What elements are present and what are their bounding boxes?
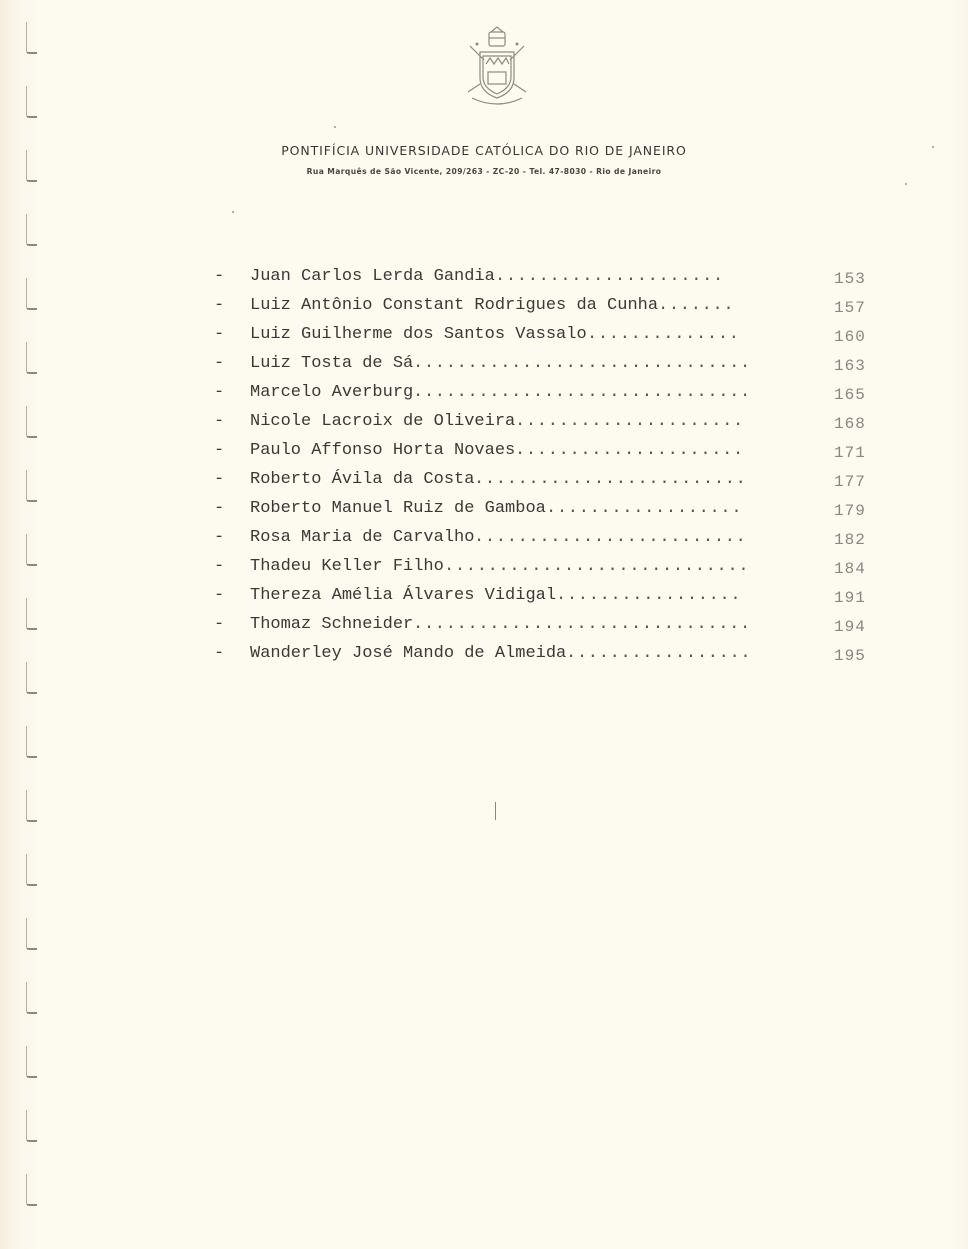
dot-leader: ............................... xyxy=(413,383,810,402)
dot-leader: .............. xyxy=(587,325,810,344)
toc-entry: -Rosa Maria de Carvalho ................… xyxy=(210,525,880,554)
page-number: 179 xyxy=(834,502,866,520)
entry-name: Paulo Affonso Horta Novaes xyxy=(250,441,515,460)
entry-dash: - xyxy=(214,644,224,663)
binding-hole xyxy=(26,1110,37,1142)
page-number: 157 xyxy=(834,299,866,317)
binding-hole xyxy=(26,790,37,822)
dot-leader: ............................... xyxy=(413,615,810,634)
entry-name: Thereza Amélia Álvares Vidigal xyxy=(250,586,556,605)
page-number: 182 xyxy=(834,531,866,549)
dot-leader: ............................ xyxy=(444,557,810,576)
binding-hole xyxy=(26,278,37,310)
binding-hole xyxy=(26,726,37,758)
entry-dash: - xyxy=(214,412,224,431)
page-number: 184 xyxy=(834,560,866,578)
toc-entry: -Thereza Amélia Álvares Vidigal ........… xyxy=(210,583,880,612)
binding-hole xyxy=(26,918,37,950)
toc-entry: -Nicole Lacroix de Oliveira ............… xyxy=(210,409,880,438)
toc-entry: -Wanderley José Mando de Almeida .......… xyxy=(210,641,880,670)
dot-leader: ..................... xyxy=(515,441,810,460)
dot-leader: ............................... xyxy=(413,354,810,373)
toc-entry: -Thadeu Keller Filho ...................… xyxy=(210,554,880,583)
page-number: 153 xyxy=(834,270,866,288)
table-of-contents: -Juan Carlos Lerda Gandia ..............… xyxy=(210,264,880,670)
entry-dash: - xyxy=(214,470,224,489)
dot-leader: .................. xyxy=(546,499,810,518)
toc-entry: -Luiz Antônio Constant Rodrigues da Cunh… xyxy=(210,293,880,322)
paper-speck xyxy=(905,183,907,185)
dot-leader: ......................... xyxy=(474,528,810,547)
page-number: 171 xyxy=(834,444,866,462)
toc-entry: -Roberto Manuel Ruiz de Gamboa .........… xyxy=(210,496,880,525)
binding-hole xyxy=(26,1174,37,1206)
page-number: 163 xyxy=(834,357,866,375)
entry-dash: - xyxy=(214,267,224,286)
toc-entry: -Juan Carlos Lerda Gandia ..............… xyxy=(210,264,880,293)
binding-hole xyxy=(26,22,37,54)
page-number: 177 xyxy=(834,473,866,491)
institution-name: PONTIFÍCIA UNIVERSIDADE CATÓLICA DO RIO … xyxy=(0,143,968,158)
entry-dash: - xyxy=(214,499,224,518)
entry-dash: - xyxy=(214,441,224,460)
toc-entry: -Paulo Affonso Horta Novaes ............… xyxy=(210,438,880,467)
entry-name: Juan Carlos Lerda Gandia xyxy=(250,267,495,286)
entry-name: Rosa Maria de Carvalho xyxy=(250,528,474,547)
dot-leader: ..................... xyxy=(515,412,810,431)
entry-dash: - xyxy=(214,557,224,576)
university-coat-of-arms-icon xyxy=(464,26,530,110)
entry-name: Thadeu Keller Filho xyxy=(250,557,444,576)
paper-speck xyxy=(334,126,336,128)
dot-leader: ................. xyxy=(556,586,810,605)
toc-entry: -Roberto Ávila da Costa ................… xyxy=(210,467,880,496)
toc-entry: -Luiz Tosta de Sá ......................… xyxy=(210,351,880,380)
binding-hole xyxy=(26,86,37,118)
entry-name: Luiz Antônio Constant Rodrigues da Cunha xyxy=(250,296,658,315)
binding-hole xyxy=(26,470,37,502)
entry-name: Marcelo Averburg xyxy=(250,383,413,402)
entry-dash: - xyxy=(214,296,224,315)
entry-dash: - xyxy=(214,325,224,344)
institution-address: Rua Marquês de São Vicente, 209/263 - ZC… xyxy=(0,167,968,176)
binding-hole xyxy=(26,534,37,566)
entry-name: Luiz Guilherme dos Santos Vassalo xyxy=(250,325,587,344)
entry-dash: - xyxy=(214,383,224,402)
stray-pencil-mark xyxy=(495,802,496,820)
entry-name: Nicole Lacroix de Oliveira xyxy=(250,412,515,431)
binding-hole xyxy=(26,342,37,374)
entry-dash: - xyxy=(214,615,224,634)
binding-hole xyxy=(26,1046,37,1078)
page-number: 160 xyxy=(834,328,866,346)
toc-entry: -Marcelo Averburg ......................… xyxy=(210,380,880,409)
binding-hole xyxy=(26,854,37,886)
dot-leader: ....... xyxy=(658,296,810,315)
entry-name: Roberto Ávila da Costa xyxy=(250,470,474,489)
entry-name: Luiz Tosta de Sá xyxy=(250,354,413,373)
entry-dash: - xyxy=(214,586,224,605)
entry-name: Roberto Manuel Ruiz de Gamboa xyxy=(250,499,546,518)
entry-dash: - xyxy=(214,528,224,547)
toc-entry: -Thomaz Schneider ......................… xyxy=(210,612,880,641)
page-number: 195 xyxy=(834,647,866,665)
binding-hole xyxy=(26,982,37,1014)
page-number: 194 xyxy=(834,618,866,636)
entry-dash: - xyxy=(214,354,224,373)
binding-hole xyxy=(26,406,37,438)
dot-leader: ................. xyxy=(566,644,810,663)
binding-hole xyxy=(26,214,37,246)
entry-name: Thomaz Schneider xyxy=(250,615,413,634)
paper-speck xyxy=(932,146,934,148)
page-number: 191 xyxy=(834,589,866,607)
dot-leader: ......................... xyxy=(474,470,810,489)
page-number: 165 xyxy=(834,386,866,404)
document-page: PONTIFÍCIA UNIVERSIDADE CATÓLICA DO RIO … xyxy=(0,0,968,1249)
binding-hole xyxy=(26,598,37,630)
page-number: 168 xyxy=(834,415,866,433)
entry-name: Wanderley José Mando de Almeida xyxy=(250,644,566,663)
toc-entry: -Luiz Guilherme dos Santos Vassalo .....… xyxy=(210,322,880,351)
binding-hole xyxy=(26,662,37,694)
dot-leader: ..................... xyxy=(495,267,810,286)
paper-speck xyxy=(232,211,234,213)
